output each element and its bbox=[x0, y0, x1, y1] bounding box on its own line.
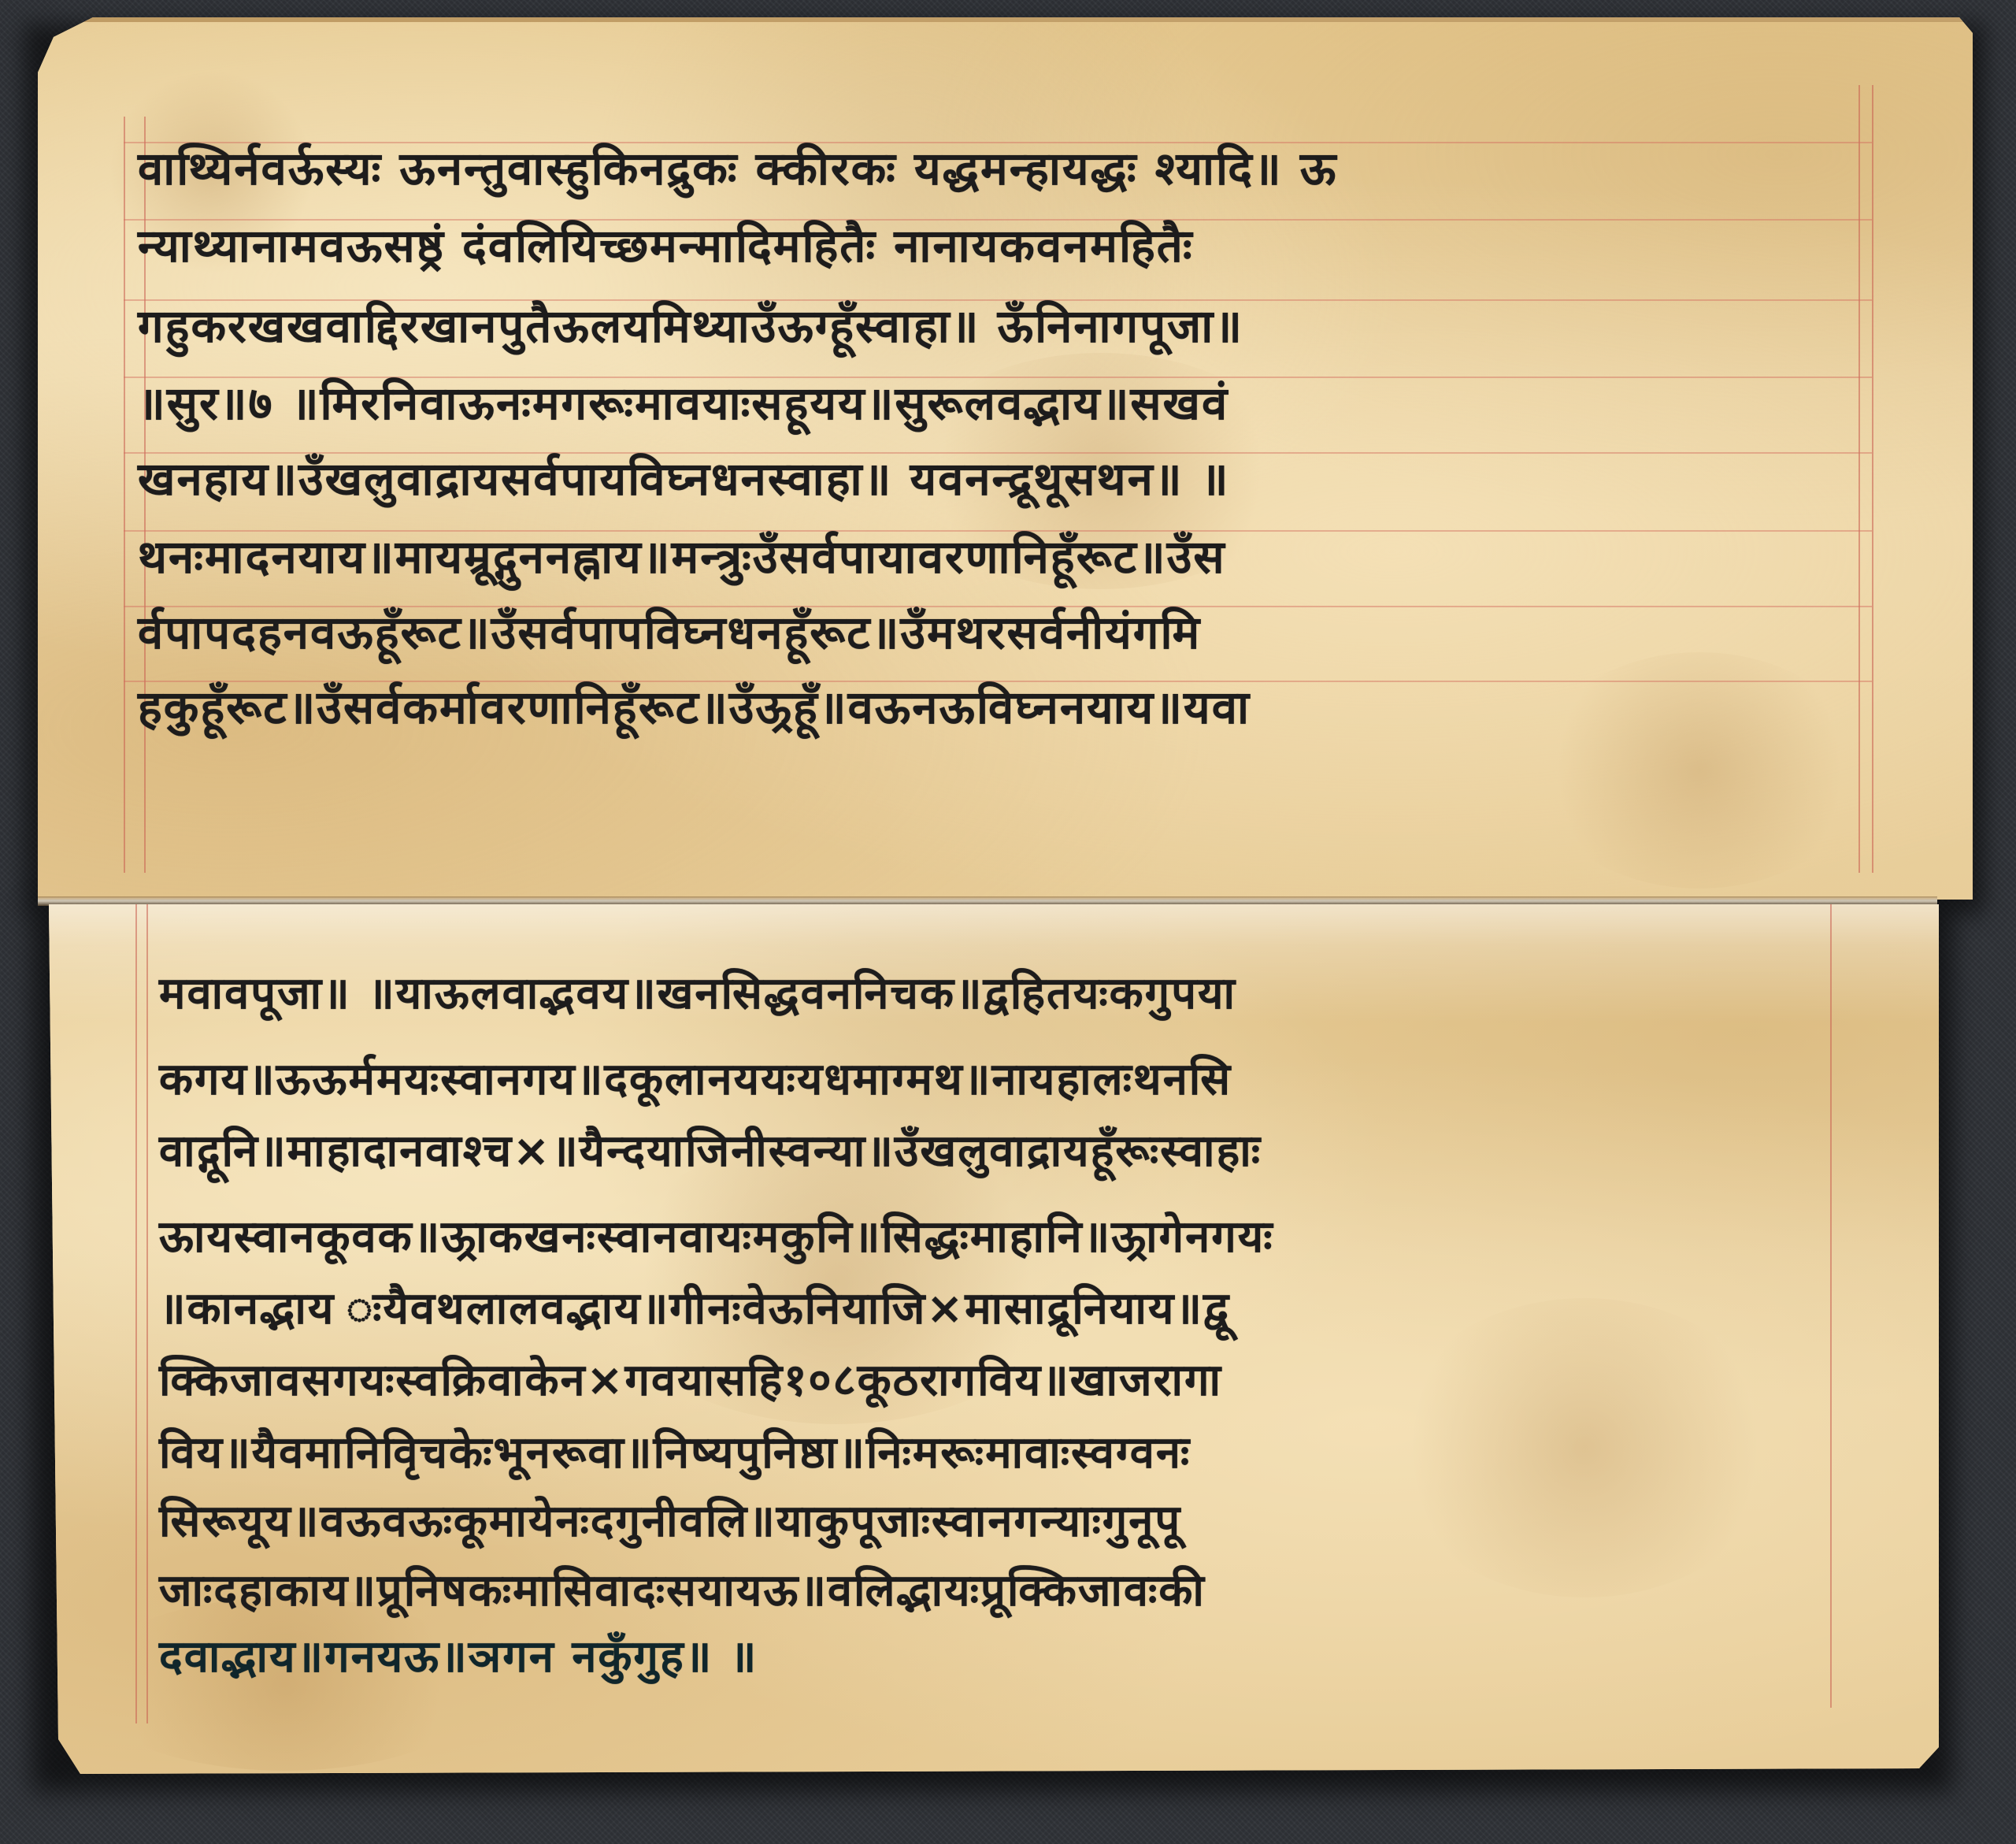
manuscript-line: मवावपूजा॥ ॥याऊलवाद्भवय॥खनसिद्धवननिचक॥द्व… bbox=[159, 963, 1236, 1025]
manuscript-line: ॥कानद्भाय ःयैवथलालवद्भाय॥गीनःवेऊनियाजि×म… bbox=[159, 1278, 1230, 1340]
manuscript-line: जाःदहाकाय॥प्रूनिषकःमासिवादःसयायऊ॥वलिद्भा… bbox=[159, 1560, 1206, 1622]
manuscript-line: वाथ्यिर्नवर्ऊस्यः ऊनन्तुवास्हुकिनद्रुकः … bbox=[138, 137, 1337, 200]
manuscript-line: वाद्गूनि॥माहादानवाश्च×॥यैन्दयाजिनीस्वन्य… bbox=[159, 1121, 1262, 1182]
paper-stain bbox=[1388, 1298, 1781, 1597]
manuscript-line: विय॥यैवमानिवृिचकेःभूनरूवा॥निष्यपुनिष्ठा॥… bbox=[159, 1423, 1191, 1484]
manuscript-line: ॥सुर॥७ ॥मिरनिवाऊनःमगरूःमावयाःसहूयय॥सुरूल… bbox=[138, 372, 1228, 435]
manuscript-line: क्किजावसगयःस्वक्रिवाकेन×गवयासहि१०८कूठराग… bbox=[159, 1350, 1222, 1412]
manuscript-line: थनःमादनयाय॥मायम्रूद्गुननह्नाय॥मन्त्रुःउँ… bbox=[138, 525, 1226, 588]
manuscript-line: न्याथ्यानामवऊसष्ठ्रं दंवलियिच्छमन्मादिमह… bbox=[138, 214, 1194, 277]
margin-rule-left bbox=[124, 117, 125, 873]
margin-rule-left bbox=[135, 904, 137, 1723]
manuscript-line: र्वपापदहनवऊहूँरूट॥उँसर्वपापविघ्नधनहूँरूट… bbox=[138, 601, 1201, 664]
margin-rule-right bbox=[1858, 85, 1860, 873]
manuscript-bottom-leaf: मवावपूजा॥ ॥याऊलवाद्भवय॥खनसिद्धवननिचक॥द्व… bbox=[49, 904, 1939, 1774]
margin-rule-right bbox=[1830, 904, 1832, 1708]
manuscript-line: हकुहूँरूट॥उँसर्वकर्मावरणानिहूँरूट॥उँऊ्रह… bbox=[138, 676, 1251, 739]
manuscript-line: सिरूयूय॥वऊवऊःकूमायेनःदगुनीवलि॥याकुपूजाःस… bbox=[159, 1491, 1181, 1553]
manuscript-line: ऊायस्वानकूवक॥ऊ्राकखनःस्वानवायःमकुनि॥सिद्… bbox=[159, 1207, 1274, 1268]
manuscript-line: दवाद्भाय॥गनयऊ॥ञगन नकुँगुह॥ ॥ bbox=[159, 1627, 758, 1688]
manuscript-line: कगय॥ऊऊर्ममयःस्वानगय॥दकूलानययःयधमाग्मथ॥ना… bbox=[159, 1049, 1232, 1111]
manuscript-line: खनहाय॥उँखलुवाद्रायसर्वपायविघ्नधनस्वाहा॥ … bbox=[138, 447, 1229, 510]
margin-rule-right bbox=[1872, 85, 1873, 873]
margin-rule-left bbox=[146, 904, 148, 1723]
manuscript-top-leaf: वाथ्यिर्नवर्ऊस्यः ऊनन्तुवास्हुकिनद्रुकः … bbox=[38, 17, 1973, 904]
manuscript-line: गहुकरखखवाद्दिरखानपुतैऊलयमिथ्याउँऊग्हूँस्… bbox=[138, 295, 1243, 358]
paper-stain bbox=[1534, 652, 1865, 889]
